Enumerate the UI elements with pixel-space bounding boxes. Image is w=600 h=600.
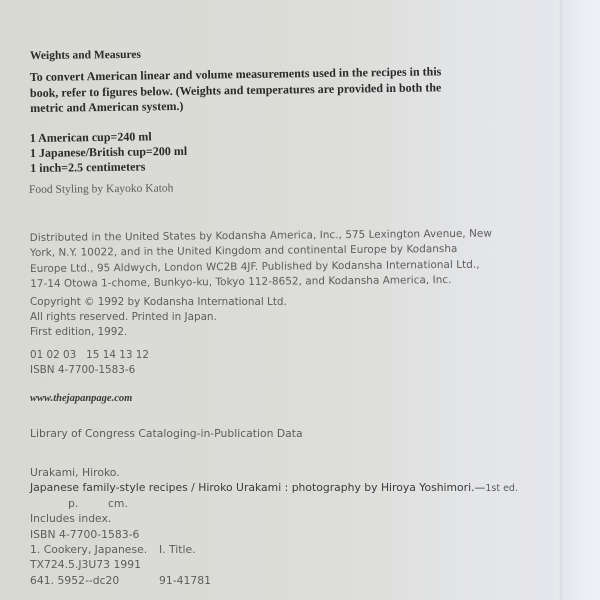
- copyright-line: First edition, 1992.: [30, 325, 287, 340]
- cip-title-entry: I. Title.: [159, 542, 196, 557]
- weights-measures-heading: Weights and Measures: [30, 49, 141, 62]
- conversion-list: 1 American cup=240 ml 1 Japanese/British…: [30, 129, 188, 176]
- copyright-notice: Copyright © 1992 by Kodansha Internation…: [30, 295, 287, 340]
- cip-title-line: Japanese family-style recipes / Hiroko U…: [30, 480, 518, 495]
- cip-lc-class: TX724.5.J3U73 1991: [30, 557, 518, 572]
- cip-data: Urakami, Hiroko. Japanese family-style r…: [30, 465, 518, 588]
- copyright-line: All rights reserved. Printed in Japan.: [30, 310, 287, 325]
- conversion-item: 1 Japanese/British cup=200 ml: [30, 144, 187, 161]
- cip-subject: 1. Cookery, Japanese.: [30, 543, 147, 556]
- cip-heading: Library of Congress Cataloging-in-Public…: [30, 427, 303, 440]
- cip-dewey: 641. 5952--dc20: [30, 574, 119, 587]
- cip-index-note: Includes index.: [30, 511, 518, 526]
- print-line: 01 02 03 15 14 13 12: [30, 348, 149, 363]
- cip-subject-row: 1. Cookery, Japanese. I. Title.: [30, 542, 518, 557]
- cip-pages: p.: [68, 496, 78, 511]
- website-link[interactable]: www.thejapanpage.com: [30, 393, 132, 404]
- cip-dewey-row: 641. 5952--dc20 91-41781: [30, 573, 518, 588]
- cip-cm: cm.: [108, 496, 128, 511]
- cip-edition: 1st ed.: [485, 483, 518, 494]
- distribution-notice: Distributed in the United States by Koda…: [30, 227, 493, 293]
- conversion-item: 1 inch=2.5 centimeters: [30, 159, 187, 176]
- cip-title: Japanese family-style recipes / Hiroko U…: [30, 481, 485, 494]
- cip-author: Urakami, Hiroko.: [30, 465, 518, 480]
- cip-physical: p. cm.: [30, 496, 518, 511]
- distribution-line: 17-14 Otowa 1-chome, Bunkyo-ku, Tokyo 11…: [30, 272, 492, 292]
- page-edge: [562, 0, 600, 600]
- food-styling-credit: Food Styling by Kayoko Katoh: [29, 182, 174, 196]
- weights-measures-intro: To convert American linear and volume me…: [30, 64, 442, 116]
- isbn: ISBN 4-7700-1583-6: [30, 363, 149, 378]
- cip-isbn: ISBN 4-7700-1583-6: [30, 527, 518, 542]
- copyright-line: Copyright © 1992 by Kodansha Internation…: [30, 295, 287, 310]
- printing-info: 01 02 03 15 14 13 12 ISBN 4-7700-1583-6: [30, 348, 149, 378]
- cip-lccn: 91-41781: [159, 573, 211, 588]
